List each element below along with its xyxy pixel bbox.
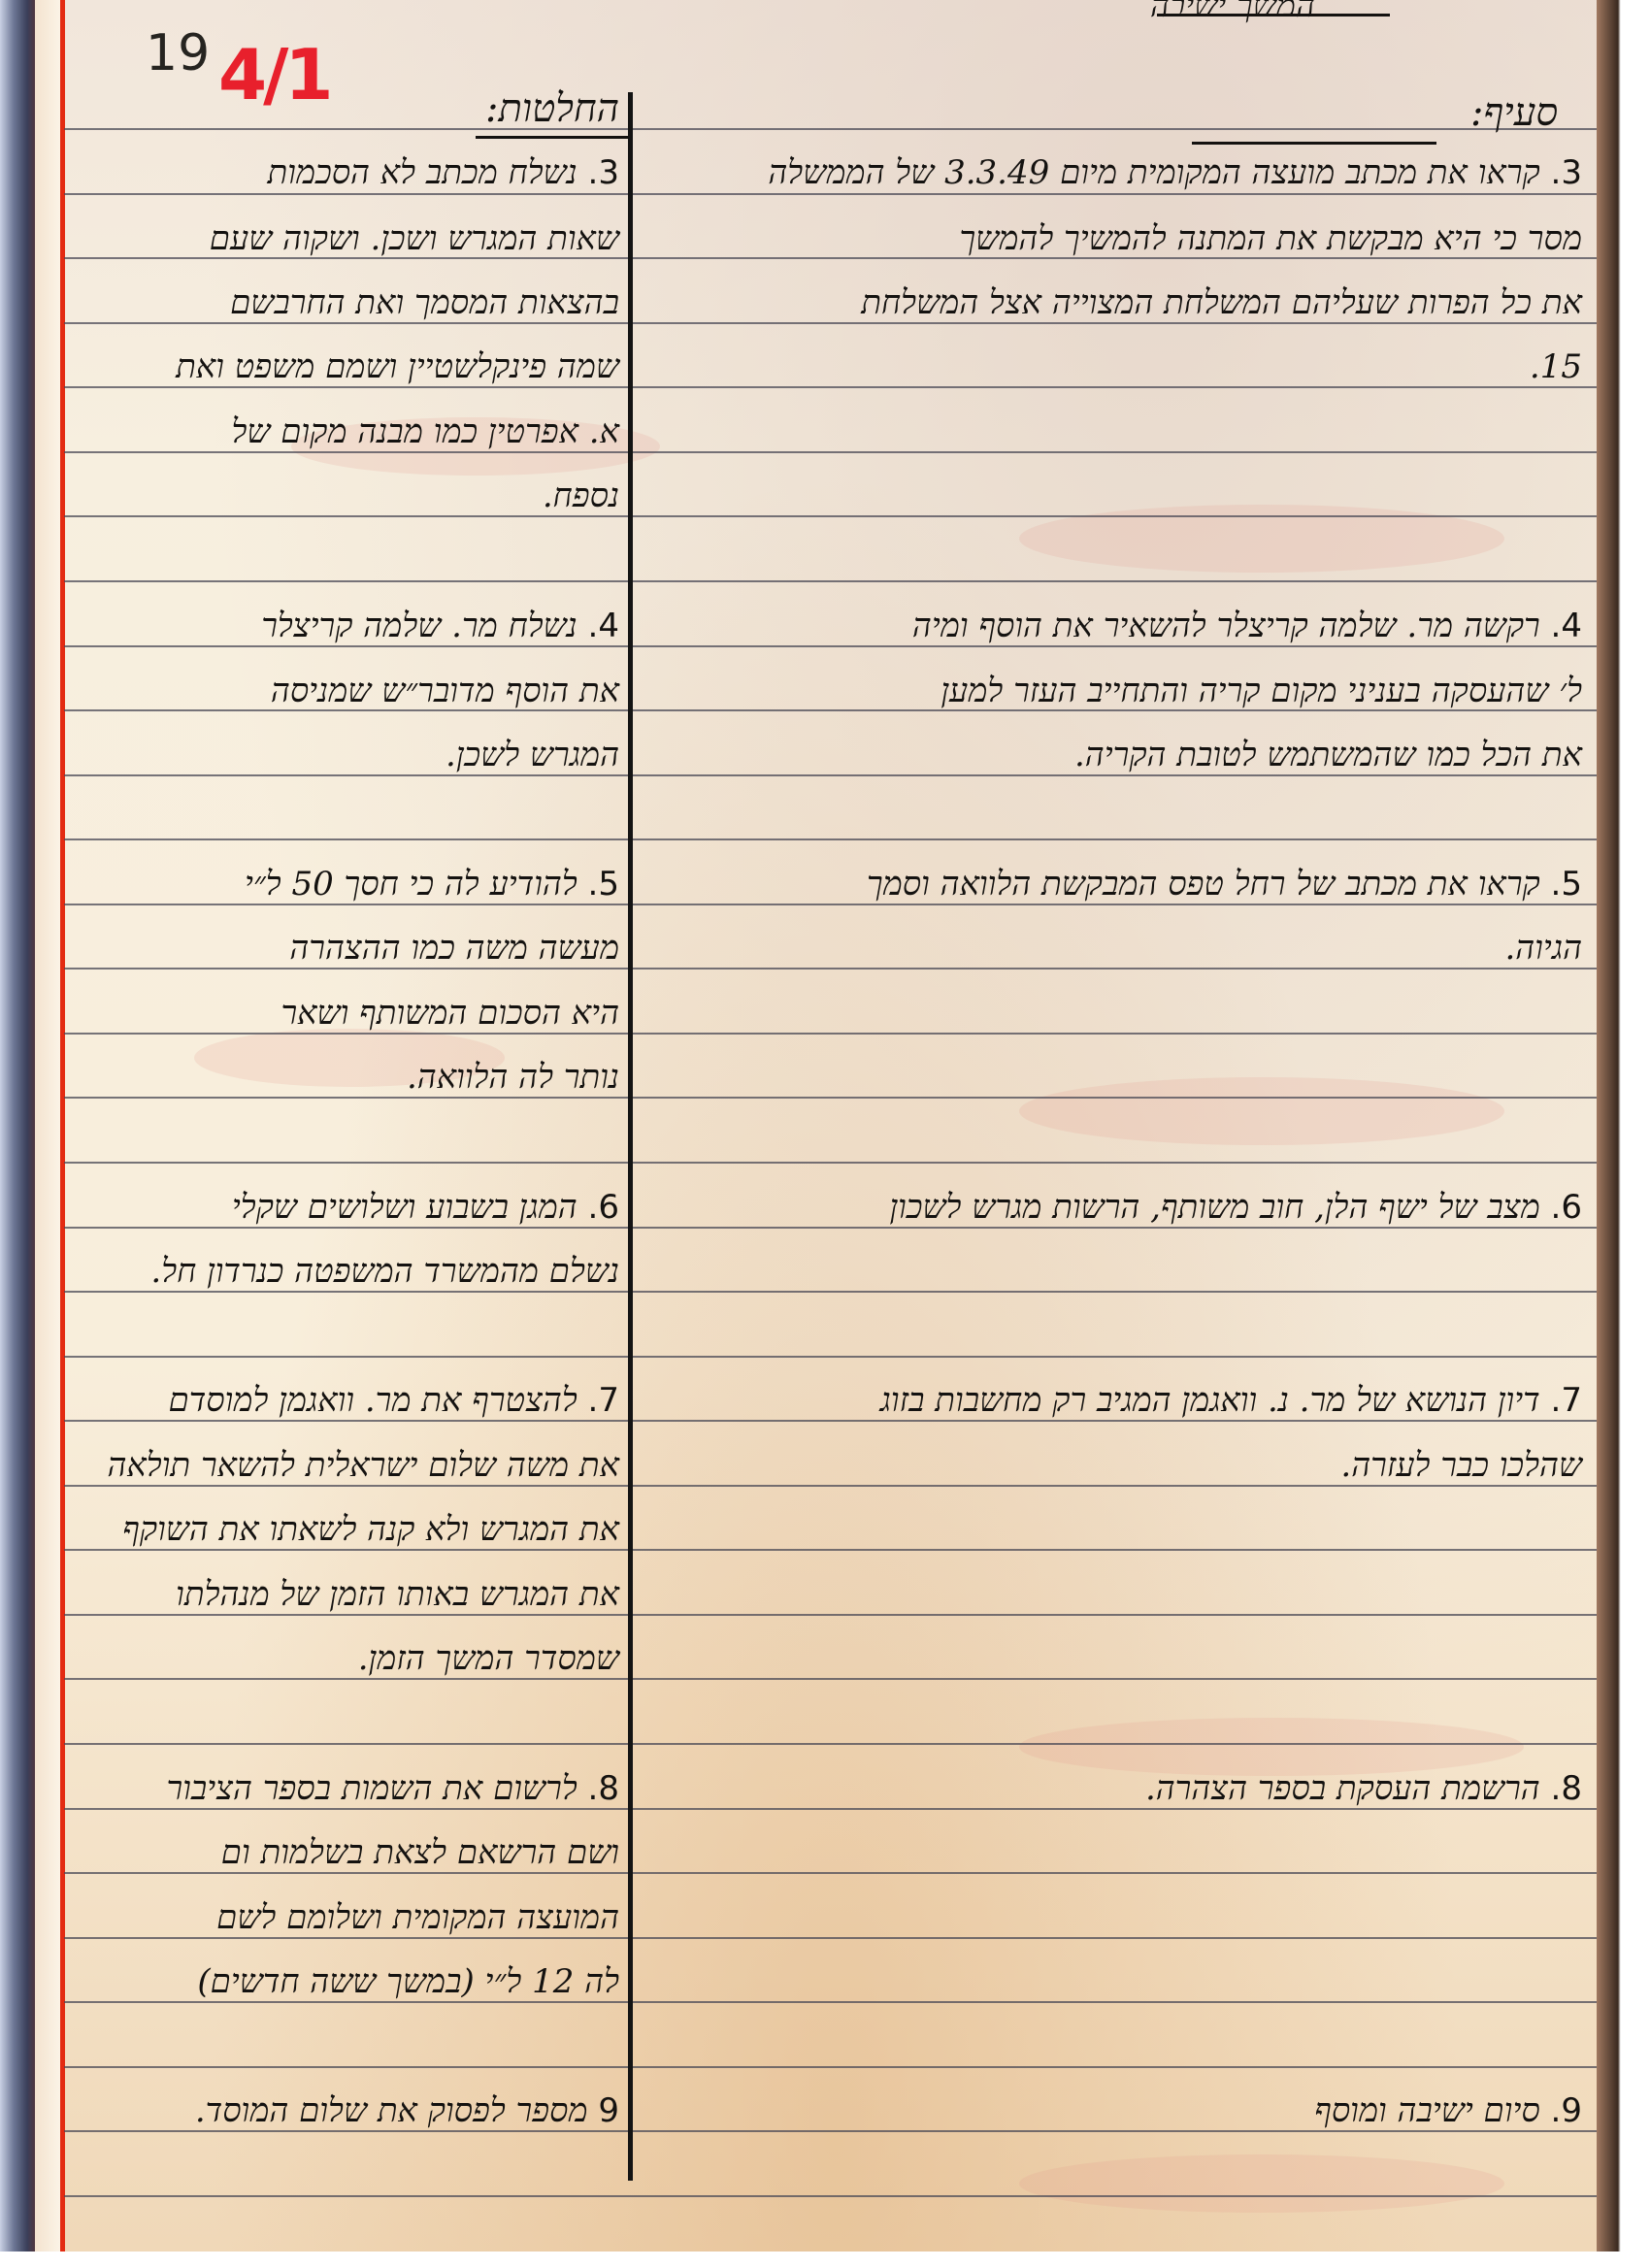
decision-5-line: 5. להודיע לה כי חסך 50 ל״י: [245, 865, 619, 904]
ruled-line: [64, 2066, 1598, 2068]
decision-7-line: שמסדר המשך הזמן.: [358, 1639, 619, 1678]
decision-6-line: נשלם מהמשרד המשפטה כנרדון חל.: [150, 1252, 619, 1291]
ruled-line: [64, 1162, 1598, 1164]
ruled-line: [64, 1808, 1598, 1810]
ruled-line: [64, 1356, 1598, 1358]
agenda-item-4-line: ל׳ שהעסקה בעניני מקום קריה והתחייב העזר …: [940, 672, 1582, 710]
ruled-line: [64, 1485, 1598, 1487]
decision-7-line: את משה שלום ישראלית להשאר תולאה: [107, 1446, 619, 1485]
ruled-line: [64, 193, 1598, 195]
folio-mark-red: 4/1: [218, 34, 330, 115]
left-header-underline: [476, 136, 629, 139]
agenda-item-4-line: את הכל כמו שהמשתמש לטובת הקריה.: [1074, 736, 1582, 774]
decision-7-line: את המגרש באותו הזמן של מנהלתו: [176, 1575, 619, 1614]
decision-5-line: מעשה משה כמו ההצהרה: [289, 929, 619, 968]
decision-3-line: 3. נשלח מכתב לא הסכמות: [267, 153, 619, 192]
agenda-item-7-line: שהלכו כבר לעזרה.: [1340, 1446, 1582, 1485]
ruled-line: [64, 386, 1598, 388]
heading-underline: [1157, 14, 1390, 16]
ruled-line: [64, 2001, 1598, 2003]
scan-bottom-border: [0, 2252, 1650, 2268]
ruled-line: [64, 1614, 1598, 1616]
decision-4-line: המגרש לשכן.: [445, 736, 619, 774]
ruled-line: [64, 968, 1598, 970]
agenda-item-3-line: 3. קראו את מכתב מועצה המקומית מיום 3.3.4…: [768, 153, 1582, 192]
agenda-item-3-line: מסר כי היא מבקשת את המתנה להמשיך להמשך: [959, 219, 1582, 258]
decision-7-line: את המגרש ולא קנה לשאתו את השוקף: [122, 1510, 619, 1549]
outer-margin: [35, 0, 60, 2252]
ruled-line: [64, 2130, 1598, 2132]
agenda-item-6-line: 6. מצב של ישף הלן, חוב משותף, הרשות מגרש…: [890, 1188, 1583, 1227]
decision-8-line: המועצה המקומית ושלומם לשם: [216, 1898, 619, 1937]
ruled-line: [64, 1033, 1598, 1035]
ruled-line: [64, 128, 1598, 130]
agenda-item-3-line: את כל הפרות שעליהם המשלחת המצוייה אצל המ…: [861, 283, 1582, 322]
agenda-item-5-line: 5. קראו את מכתב של רחל טפס המבקשת הלוואה…: [867, 865, 1582, 904]
ruled-line: [64, 1549, 1598, 1551]
bleed-through-stain: [1019, 2154, 1504, 2213]
decision-6-line: 6. המגן בשבוע ושלושים שקלי: [232, 1188, 619, 1227]
decision-3-line: בהצאות המסמך ואת החרבשם: [230, 283, 619, 322]
page-edge-shadow: [1597, 0, 1650, 2268]
right-column-header: סעיף:: [1470, 89, 1558, 135]
agenda-item-4-line: 4. רקשה מר. שלמה קריצלר להשאיר את הוסף ו…: [912, 607, 1582, 645]
ruled-line: [64, 2195, 1598, 2197]
decision-3-line: נספח.: [543, 477, 619, 515]
bleed-through-stain: [1019, 1077, 1504, 1145]
ruled-line: [64, 1420, 1598, 1422]
decision-3-line: שאות המגרש ושכן. ושקוה שעם: [210, 219, 619, 258]
ruled-line: [64, 451, 1598, 453]
bleed-through-stain: [1019, 1718, 1524, 1776]
right-header-underline: [1192, 142, 1436, 145]
agenda-item-7-line: 7. דיון הנושא של מר. נ. וואגמן המגיב רק …: [880, 1381, 1582, 1420]
ruled-line: [64, 580, 1598, 582]
page-number: 19: [146, 24, 210, 82]
ruled-line: [64, 838, 1598, 840]
decision-8-line: לה 12 ל״י (במשך ששה חדשים): [197, 1962, 619, 2001]
agenda-item-5-line: הגיוה.: [1505, 929, 1583, 968]
decision-3-line: א. אפרטין כמו מבנה מקום של: [231, 412, 619, 451]
decision-5-line: היא הסכום המשותף ושאר: [280, 994, 619, 1033]
red-margin-line: [60, 0, 65, 2252]
decision-4-line: 4. נשלח מר. שלמה קריצלר: [261, 607, 619, 645]
ruled-line: [64, 1743, 1598, 1745]
ruled-line: [64, 1291, 1598, 1293]
ruled-line: [64, 904, 1598, 905]
decision-4-line: את הוסף מדובר״ש שמניסה: [271, 672, 619, 710]
ruled-line: [64, 645, 1598, 647]
agenda-item-9-line: 9. סיום ישיבה ומוסף: [1314, 2091, 1582, 2130]
decision-5-line: נותר לה הלוואה.: [407, 1058, 619, 1097]
left-column-header: החלטות:: [485, 85, 619, 131]
book-binding: [0, 0, 39, 2268]
ruled-line: [64, 322, 1598, 324]
ruled-line: [64, 1097, 1598, 1099]
ruled-line: [64, 1678, 1598, 1680]
decision-9-line: 9 מספר לפסוק את שלום המוסד.: [195, 2091, 619, 2130]
decision-8-line: ושם הרשאם לצאת בשלמות ום: [221, 1833, 619, 1872]
ruled-line: [64, 1227, 1598, 1229]
ruled-line: [64, 1872, 1598, 1874]
ruled-line: [64, 774, 1598, 776]
decision-7-line: 7. להצטרף את מר. וואגמן למוסדם: [169, 1381, 620, 1420]
decision-3-line: שמה פינקלשטיין ושמם משפט ואת: [176, 347, 619, 386]
continued-heading: המשך ישיבה: [1150, 0, 1315, 25]
column-divider: [628, 92, 633, 2181]
agenda-item-8-line: 8. הרשמת העסקת בספר הצהרה.: [1145, 1769, 1582, 1808]
decision-8-line: 8. לרשום את השמות בספר הציבור: [167, 1769, 620, 1808]
ruled-line: [64, 515, 1598, 517]
ruled-line: [64, 1937, 1598, 1939]
agenda-item-3-line: 15.: [1530, 347, 1582, 386]
